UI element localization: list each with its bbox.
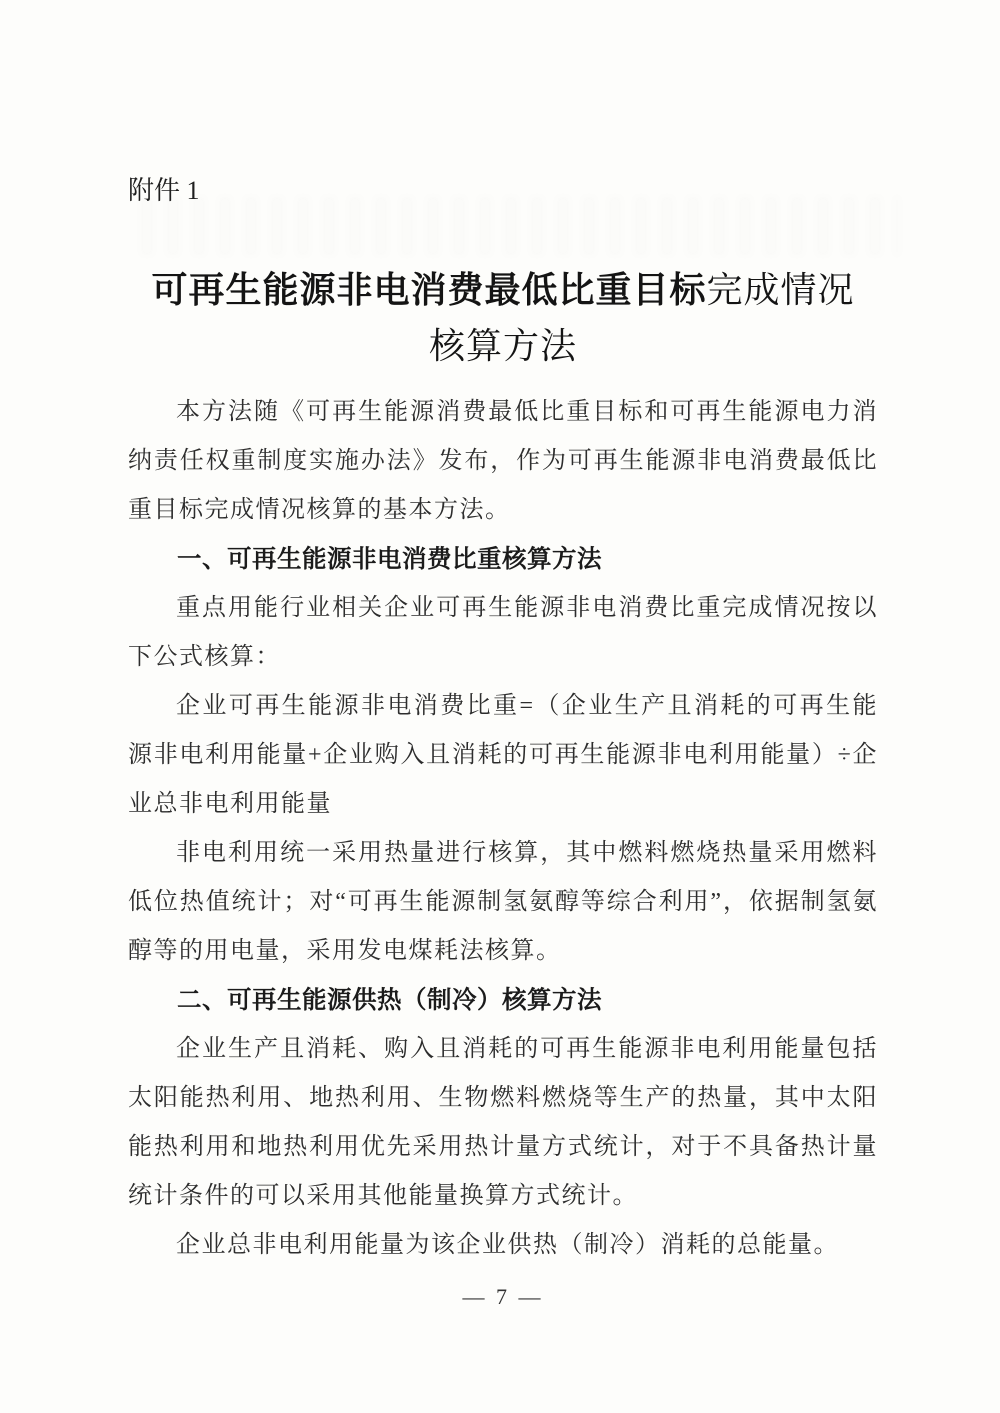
page-number: — 7 — — [128, 1282, 878, 1312]
section-heading-1: 一、可再生能源非电消费比重核算方法 — [128, 535, 878, 584]
paragraph-formula-intro: 重点用能行业相关企业可再生能源非电消费比重完成情况按以下公式核算： — [128, 584, 878, 682]
paragraph-formula: 企业可再生能源非电消费比重=（企业生产且消耗的可再生能源非电利用能量+企业购入且… — [128, 682, 878, 829]
paragraph-heating-sources: 企业生产且消耗、购入且消耗的可再生能源非电利用能量包括太阳能热利用、地热利用、生… — [128, 1025, 878, 1221]
attachment-label: 附件 1 — [128, 174, 878, 208]
paragraph-total-nonelectric-energy: 企业总非电利用能量为该企业供热（制冷）消耗的总能量。 — [128, 1221, 878, 1270]
document-page: 附件 1 可再生能源非电消费最低比重目标完成情况 核算方法 本方法随《可再生能源… — [0, 0, 1000, 1413]
title-line-2: 核算方法 — [128, 318, 878, 374]
title-line-1-regular-segment: 完成情况 — [707, 270, 855, 310]
document-title: 可再生能源非电消费最低比重目标完成情况 核算方法 — [128, 262, 878, 374]
title-line-1-bold-segment: 可再生能源非电消费最低比重目标 — [151, 270, 706, 310]
section-heading-2: 二、可再生能源供热（制冷）核算方法 — [128, 976, 878, 1025]
paragraph-intro: 本方法随《可再生能源消费最低比重目标和可再生能源电力消纳责任权重制度实施办法》发… — [128, 388, 878, 535]
paragraph-heat-accounting: 非电利用统一采用热量进行核算，其中燃料燃烧热量采用燃料低位热值统计；对“可再生能… — [128, 829, 878, 976]
title-line-1: 可再生能源非电消费最低比重目标完成情况 — [128, 262, 878, 318]
